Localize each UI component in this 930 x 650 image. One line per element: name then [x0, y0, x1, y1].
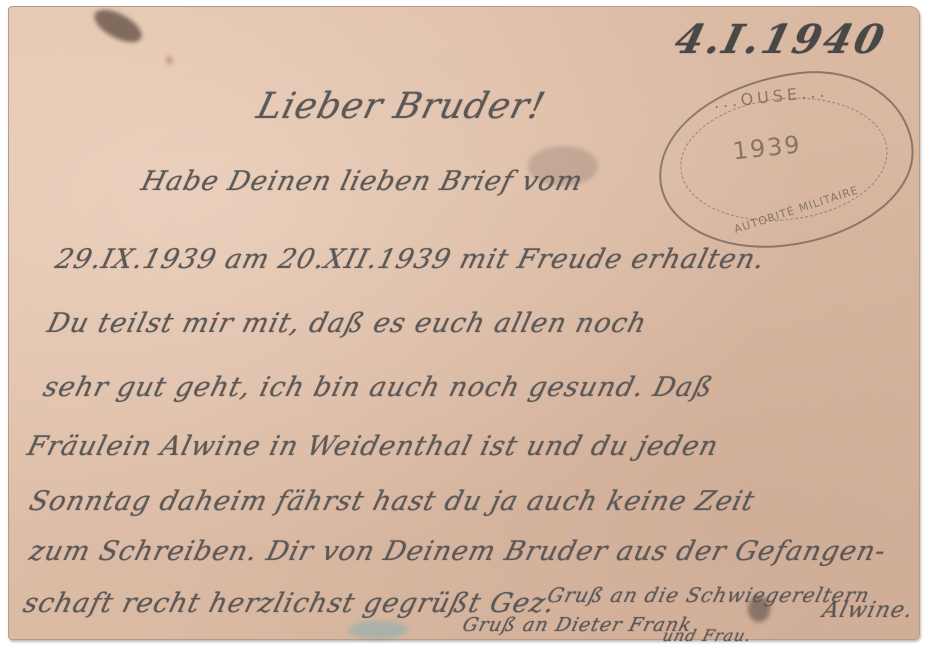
body-line: Du teilst mir mit, daß es euch allen noc…	[44, 308, 650, 339]
postcard: ...OUSE... 1939 AUTORITÉ MILITAIRE 4.I.1…	[8, 6, 920, 640]
postscript-line: Gruß an die Schwiegereltern	[545, 583, 873, 607]
salutation: Lieber Bruder!	[253, 86, 550, 127]
postscript-line: und Frau.	[661, 626, 754, 645]
stain-spot	[166, 56, 173, 65]
censor-stamp: ...OUSE... 1939 AUTORITÉ MILITAIRE	[650, 61, 923, 259]
ink-stain	[348, 621, 408, 639]
body-line: Habe Deinen lieben Brief vom	[138, 166, 586, 197]
body-line: zum Schreiben. Dir von Deinem Bruder aus…	[26, 536, 889, 567]
dirt-smudge	[89, 3, 146, 49]
body-line: Sonntag daheim fährst hast du ja auch ke…	[26, 486, 758, 517]
body-line: Fräulein Alwine in Weidenthal ist und du…	[24, 431, 722, 462]
signature: Alwine.	[820, 598, 916, 623]
body-line: sehr gut geht, ich bin auch noch gesund.…	[40, 372, 716, 403]
letter-date: 4.I.1940	[670, 16, 891, 63]
postscript-line: Gruß an Dieter Frank	[460, 614, 694, 636]
body-line: 29.IX.1939 am 20.XII.1939 mit Freude erh…	[52, 244, 768, 275]
